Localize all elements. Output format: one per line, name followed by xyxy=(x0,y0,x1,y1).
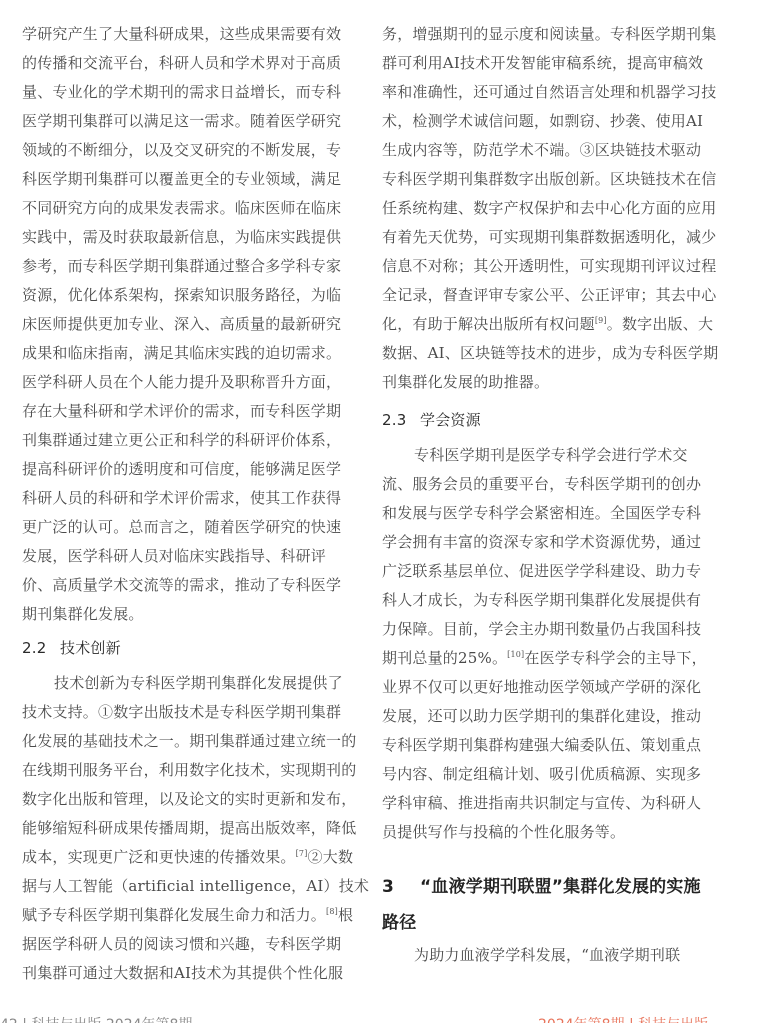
text-line: 信息不对称；其公开透明性，可实现期刊评议过程 xyxy=(382,252,712,281)
text-line: 数字化出版和管理，以及论文的实时更新和发布， xyxy=(22,785,352,814)
citation-ref-10[interactable]: [10] xyxy=(507,650,524,659)
text-line: 专科医学期刊集群数字出版创新。区块链技术在信 xyxy=(382,165,712,194)
text-line: 刊集群化发展的助推器。 xyxy=(382,368,712,397)
paragraph-society-resources: 专科医学期刊是医学专科学会进行学术交 流、服务会员的重要平台，专科医学期刊的创办… xyxy=(382,441,712,847)
section-title: 技术创新 xyxy=(60,639,121,657)
text-line: 学研究产生了大量科研成果，这些成果需要有效 xyxy=(22,20,352,49)
text-line: 资源，优化体系架构，探索知识服务路径，为临 xyxy=(22,281,352,310)
text-line: 的传播和交流平台，科研人员和学术界对于高质 xyxy=(22,49,352,78)
text-segment: 在医学专科学会的主导下， xyxy=(524,649,706,667)
text-line: 技术创新为专科医学期刊集群化发展提供了 xyxy=(22,669,352,698)
page-footer-right: 2024年第8期 | 科技与出版 xyxy=(538,1014,708,1023)
text-segment: 期刊总量的25%。 xyxy=(382,649,507,667)
text-line: 不同研究方向的成果发表需求。临床医师在临床 xyxy=(22,194,352,223)
text-line: 更广泛的认可。总而言之，随着医学研究的快速 xyxy=(22,513,352,542)
text-line: 全记录，督查评审专家公平、公正评审；其去中心 xyxy=(382,281,712,310)
section-title-line: 路径 xyxy=(382,905,712,941)
text-line: 员提供写作与投稿的个性化服务等。 xyxy=(382,818,712,847)
text-line: 量、专业化的学术期刊的需求日益增长，而专科 xyxy=(22,78,352,107)
text-line: 有着先天优势，可实现期刊集群数据透明化，减少 xyxy=(382,223,712,252)
text-line: 化发展的基础技术之一。期刊集群通过建立统一的 xyxy=(22,727,352,756)
text-line: 术，检测学术诚信问题，如剽窃、抄袭、使用AI xyxy=(382,107,712,136)
text-line: 参考，而专科医学期刊集群通过整合多学科专家 xyxy=(22,252,352,281)
text-line: 专科医学期刊集群构建强大编委队伍、策划重点 xyxy=(382,731,712,760)
paragraph-technology-innovation: 技术创新为专科医学期刊集群化发展提供了 技术支持。①数字出版技术是专科医学期刊集… xyxy=(22,669,352,988)
section-heading-2-2: 2.2技术创新 xyxy=(22,629,352,669)
section-number: 3 xyxy=(382,869,420,905)
citation-ref-8[interactable]: [8] xyxy=(326,907,338,916)
page-footer-left: 42 | 科技与出版 2024年第8期 xyxy=(0,1014,192,1023)
text-line: 成果和临床指南，满足其临床实践的迫切需求。 xyxy=(22,339,352,368)
text-line: 医学科研人员在个人能力提升及职称晋升方面， xyxy=(22,368,352,397)
text-line: 领域的不断细分，以及交叉研究的不断发展，专 xyxy=(22,136,352,165)
text-line: 务，增强期刊的显示度和阅读量。专科医学期刊集 xyxy=(382,20,712,49)
text-line: 期刊总量的25%。[10]在医学专科学会的主导下， xyxy=(382,644,712,673)
text-line: 提高科研评价的透明度和可信度，能够满足医学 xyxy=(22,455,352,484)
text-line: 流、服务会员的重要平台，专科医学期刊的创办 xyxy=(382,470,712,499)
text-line: 率和准确性，还可通过自然语言处理和机器学习技 xyxy=(382,78,712,107)
section-title: “血液学期刊联盟”集群化发展的实施 xyxy=(420,877,701,897)
text-line: 广泛联系基层单位、促进医学学科建设、助力专 xyxy=(382,557,712,586)
text-line: 科研人员的科研和学术评价需求，使其工作获得 xyxy=(22,484,352,513)
text-line: 任系统构建、数字产权保护和去中心化方面的应用 xyxy=(382,194,712,223)
text-line: 专科医学期刊是医学专科学会进行学术交 xyxy=(382,441,712,470)
text-line: 号内容、制定组稿计划、吸引优质稿源、实现多 xyxy=(382,760,712,789)
text-line: 价、高质量学术交流等的需求，推动了专科医学 xyxy=(22,571,352,600)
text-line: 在线期刊服务平台，利用数字化技术，实现期刊的 xyxy=(22,756,352,785)
paragraph-continuation: 学研究产生了大量科研成果，这些成果需要有效 的传播和交流平台，科研人员和学术界对… xyxy=(22,20,352,629)
text-line: 据医学科研人员的阅读习惯和兴趣，专科医学期 xyxy=(22,930,352,959)
text-segment: 。数字出版、大 xyxy=(607,315,713,333)
text-line: 实践中，需及时获取最新信息，为临床实践提供 xyxy=(22,223,352,252)
text-line: 期刊集群化发展。 xyxy=(22,600,352,629)
text-line: 刊集群通过建立更公正和科学的科研评价体系， xyxy=(22,426,352,455)
text-line: 力保障。目前，学会主办期刊数量仍占我国科技 xyxy=(382,615,712,644)
text-line: 生成内容等，防范学术不端。③区块链技术驱动 xyxy=(382,136,712,165)
left-column: 学研究产生了大量科研成果，这些成果需要有效 的传播和交流平台，科研人员和学术界对… xyxy=(22,20,352,988)
text-line: 据与人工智能（artificial intelligence，AI）技术 xyxy=(22,872,352,901)
text-segment: ②大数 xyxy=(308,848,354,866)
text-segment: 赋予专科医学期刊集群化发展生命力和活力。 xyxy=(22,906,326,924)
text-line: 化，有助于解决出版所有权问题[9]。数字出版、大 xyxy=(382,310,712,339)
text-line: 群可利用AI技术开发智能审稿系统，提高审稿效 xyxy=(382,49,712,78)
text-line: 床医师提供更加专业、深入、高质量的最新研究 xyxy=(22,310,352,339)
text-line: 发展，医学科研人员对临床实践指导、科研评 xyxy=(22,542,352,571)
paragraph-implementation: 为助力血液学学科发展，“血液学期刊联 xyxy=(382,941,712,970)
text-line: 为助力血液学学科发展，“血液学期刊联 xyxy=(382,941,712,970)
text-line: 赋予专科医学期刊集群化发展生命力和活力。[8]根 xyxy=(22,901,352,930)
text-line: 科医学期刊集群可以覆盖更全的专业领域，满足 xyxy=(22,165,352,194)
text-line: 发展，还可以助力医学期刊的集群化建设，推动 xyxy=(382,702,712,731)
text-line: 成本，实现更广泛和更快速的传播效果。[7]②大数 xyxy=(22,843,352,872)
text-line: 科人才成长，为专科医学期刊集群化发展提供有 xyxy=(382,586,712,615)
section-spacer xyxy=(382,847,712,869)
text-segment: 成本，实现更广泛和更快速的传播效果。 xyxy=(22,848,296,866)
section-title: 学会资源 xyxy=(420,411,481,429)
text-line: 医学期刊集群可以满足这一需求。随着医学研究 xyxy=(22,107,352,136)
paragraph-technology-continued: 务，增强期刊的显示度和阅读量。专科医学期刊集 群可利用AI技术开发智能审稿系统，… xyxy=(382,20,712,397)
section-heading-3: 3“血液学期刊联盟”集群化发展的实施 路径 xyxy=(382,869,712,941)
section-title-line: 3“血液学期刊联盟”集群化发展的实施 xyxy=(382,869,712,905)
section-heading-2-3: 2.3学会资源 xyxy=(382,401,712,441)
right-column: 务，增强期刊的显示度和阅读量。专科医学期刊集 群可利用AI技术开发智能审稿系统，… xyxy=(382,20,712,970)
section-number: 2.3 xyxy=(382,401,420,439)
text-line: 存在大量科研和学术评价的需求，而专科医学期 xyxy=(22,397,352,426)
section-number: 2.2 xyxy=(22,629,60,667)
citation-ref-7[interactable]: [7] xyxy=(296,849,308,858)
text-line: 刊集群可通过大数据和AI技术为其提供个性化服 xyxy=(22,959,352,988)
text-line: 技术支持。①数字出版技术是专科医学期刊集群 xyxy=(22,698,352,727)
text-segment: 化，有助于解决出版所有权问题 xyxy=(382,315,595,333)
text-line: 学科审稿、推进指南共识制定与宣传、为科研人 xyxy=(382,789,712,818)
text-line: 数据、AI、区块链等技术的进步，成为专科医学期 xyxy=(382,339,712,368)
text-line: 业界不仅可以更好地推动医学领域产学研的深化 xyxy=(382,673,712,702)
text-line: 和发展与医学专科学会紧密相连。全国医学专科 xyxy=(382,499,712,528)
text-line: 能够缩短科研成果传播周期，提高出版效率，降低 xyxy=(22,814,352,843)
text-segment: 根 xyxy=(338,906,353,924)
text-line: 学会拥有丰富的资深专家和学术资源优势，通过 xyxy=(382,528,712,557)
citation-ref-9[interactable]: [9] xyxy=(595,316,607,325)
